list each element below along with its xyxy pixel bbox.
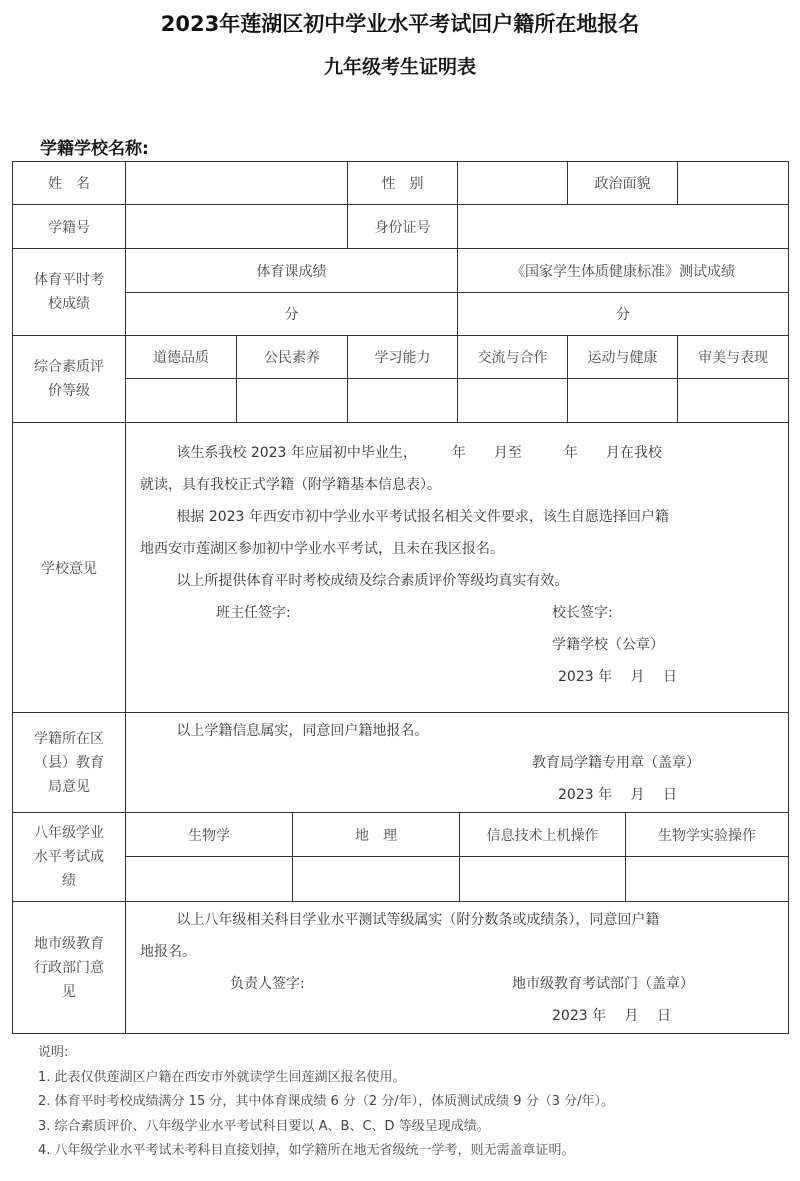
student-id-label: 学籍号 (13, 205, 126, 249)
city-opinion-line1: 以上八年级相关科目学业水平测试等级属实（附分数条或成绩条），同意回户籍 (140, 904, 782, 936)
quality-col-communication: 交流与合作 (458, 336, 568, 379)
pe-score-label: 体育平时考校成绩 (13, 249, 126, 336)
city-opinion-label: 地市级教育行政部门意见 (13, 902, 126, 1034)
quality-eval-label: 综合素质评价等级 (13, 336, 126, 423)
row-pe-values: 分 分 (13, 293, 789, 336)
grade8-biology-lab-field[interactable] (626, 857, 788, 901)
quality-col-aesthetics: 审美与表现 (678, 336, 789, 379)
gender-field[interactable] (458, 162, 568, 205)
school-date: 2023 年 月 日 (140, 661, 782, 693)
quality-col-morality: 道德品质 (126, 336, 237, 379)
note-item-2: 2. 体育平时考校成绩满分 15 分，其中体育课成绩 6 分（2 分/年），体质… (38, 1090, 614, 1115)
grade8-col-it-operation: 信息技术上机操作 (460, 813, 626, 856)
quality-col-learning: 学习能力 (348, 336, 458, 379)
city-date: 2023 年 月 日 (140, 1000, 782, 1032)
quality-aesthetics-field[interactable] (678, 379, 789, 423)
school-opinion-content: 该生系我校 2023 年应届初中毕业生， 年 月至 年 月在我校 就读，具有我校… (126, 423, 789, 713)
pe-course-header: 体育课成绩 (126, 249, 458, 293)
row-school-opinion: 学校意见 该生系我校 2023 年应届初中毕业生， 年 月至 年 月在我校 就读… (13, 423, 789, 713)
quality-learning-field[interactable] (348, 379, 458, 423)
id-card-field[interactable] (458, 205, 789, 249)
school-opinion-line5: 以上所提供体育平时考校成绩及综合素质评价等级均真实有效。 (140, 565, 782, 597)
school-opinion-line3: 根据 2023 年西安市初中学业水平考试报名相关文件要求，该生自愿选择回户籍 (140, 501, 782, 533)
id-card-label: 身份证号 (348, 205, 458, 249)
note-item-4: 4. 八年级学业水平考试未考科目直接划掉，如学籍所在地无省级统一学考，则无需盖章… (38, 1139, 614, 1164)
grade8-col-biology: 生物学 (126, 813, 293, 856)
grade8-it-operation-field[interactable] (460, 857, 626, 901)
pe-standard-header: 《国家学生体质健康标准》测试成绩 (458, 249, 789, 293)
document-title: 2023年莲湖区初中学业水平考试回户籍所在地报名 (0, 8, 800, 38)
school-opinion-label: 学校意见 (13, 423, 126, 713)
school-opinion-line2: 就读，具有我校正式学籍（附学籍基本信息表）。 (140, 469, 782, 501)
note-item-1: 1. 此表仅供莲湖区户籍在西安市外就读学生回莲湖区报名使用。 (38, 1066, 614, 1091)
district-seal: 教育局学籍专用章（盖章） (140, 747, 782, 779)
responsible-person-signature[interactable]: 负责人签字: (230, 968, 305, 1000)
row-pe-headers: 体育平时考校成绩 体育课成绩 《国家学生体质健康标准》测试成绩 (13, 249, 789, 293)
school-signatures: 班主任签字: 校长签字: (140, 597, 782, 629)
pe-standard-score-field[interactable]: 分 (458, 293, 789, 336)
notes-section: 说明: 1. 此表仅供莲湖区户籍在西安市外就读学生回莲湖区报名使用。 2. 体育… (38, 1041, 614, 1164)
school-seal: 学籍学校（公章） (140, 629, 782, 661)
city-opinion-line2: 地报名。 (140, 936, 782, 968)
quality-col-sports-health: 运动与健康 (568, 336, 678, 379)
grade8-biology-field[interactable] (126, 857, 293, 901)
class-teacher-signature[interactable]: 班主任签字: (216, 597, 291, 629)
district-opinion-text: 以上学籍信息属实，同意回户籍地报名。 (140, 715, 782, 747)
district-date: 2023 年 月 日 (140, 779, 782, 811)
principal-signature[interactable]: 校长签字: (552, 597, 613, 629)
row-city-opinion: 地市级教育行政部门意见 以上八年级相关科目学业水平测试等级属实（附分数条或成绩条… (13, 902, 789, 1034)
certificate-form-table: 姓 名 性 别 政治面貌 学籍号 身份证号 体育平时考校成绩 体育课成绩 《国家… (12, 161, 789, 1034)
name-field[interactable] (126, 162, 348, 205)
grade8-header-cells: 生物学 地 理 信息技术上机操作 生物学实验操作 (126, 813, 789, 857)
row-grade8-headers: 八年级学业水平考试成绩 生物学 地 理 信息技术上机操作 生物学实验操作 (13, 813, 789, 857)
quality-citizenship-field[interactable] (237, 379, 348, 423)
political-status-label: 政治面貌 (568, 162, 678, 205)
row-ids: 学籍号 身份证号 (13, 205, 789, 249)
grade8-col-biology-lab: 生物学实验操作 (626, 813, 788, 856)
row-quality-values (13, 379, 789, 423)
row-quality-headers: 综合素质评价等级 道德品质 公民素养 学习能力 交流与合作 运动与健康 审美与表… (13, 336, 789, 379)
city-signatures: 负责人签字: 地市级教育考试部门（盖章） (140, 968, 782, 1000)
row-district-opinion: 学籍所在区（县）教育局意见 以上学籍信息属实，同意回户籍地报名。 教育局学籍专用… (13, 713, 789, 813)
grade8-exam-label: 八年级学业水平考试成绩 (13, 813, 126, 902)
grade8-col-geography: 地 理 (293, 813, 460, 856)
student-id-field[interactable] (126, 205, 348, 249)
row-basic-info: 姓 名 性 别 政治面貌 (13, 162, 789, 205)
quality-col-citizenship: 公民素养 (237, 336, 348, 379)
district-opinion-label: 学籍所在区（县）教育局意见 (13, 713, 126, 813)
school-opinion-line1: 该生系我校 2023 年应届初中毕业生， 年 月至 年 月在我校 (140, 437, 782, 469)
note-item-3: 3. 综合素质评价、八年级学业水平考试科目要以 A、B、C、D 等级呈现成绩。 (38, 1115, 614, 1140)
pe-course-score-field[interactable]: 分 (126, 293, 458, 336)
quality-sports-health-field[interactable] (568, 379, 678, 423)
name-label: 姓 名 (13, 162, 126, 205)
school-opinion-line4: 地西安市莲湖区参加初中学业水平考试，且未在我区报名。 (140, 533, 782, 565)
political-status-field[interactable] (678, 162, 789, 205)
district-opinion-content: 以上学籍信息属实，同意回户籍地报名。 教育局学籍专用章（盖章） 2023 年 月… (126, 713, 789, 813)
notes-title: 说明: (38, 1041, 614, 1066)
quality-morality-field[interactable] (126, 379, 237, 423)
school-name-label: 学籍学校名称: (40, 134, 149, 159)
quality-communication-field[interactable] (458, 379, 568, 423)
document-subtitle: 九年级考生证明表 (0, 52, 800, 79)
grade8-geography-field[interactable] (293, 857, 460, 901)
grade8-value-cells (126, 857, 789, 902)
gender-label: 性 别 (348, 162, 458, 205)
row-grade8-values (13, 857, 789, 902)
city-seal: 地市级教育考试部门（盖章） (512, 968, 694, 1000)
city-opinion-content: 以上八年级相关科目学业水平测试等级属实（附分数条或成绩条），同意回户籍 地报名。… (126, 902, 789, 1034)
